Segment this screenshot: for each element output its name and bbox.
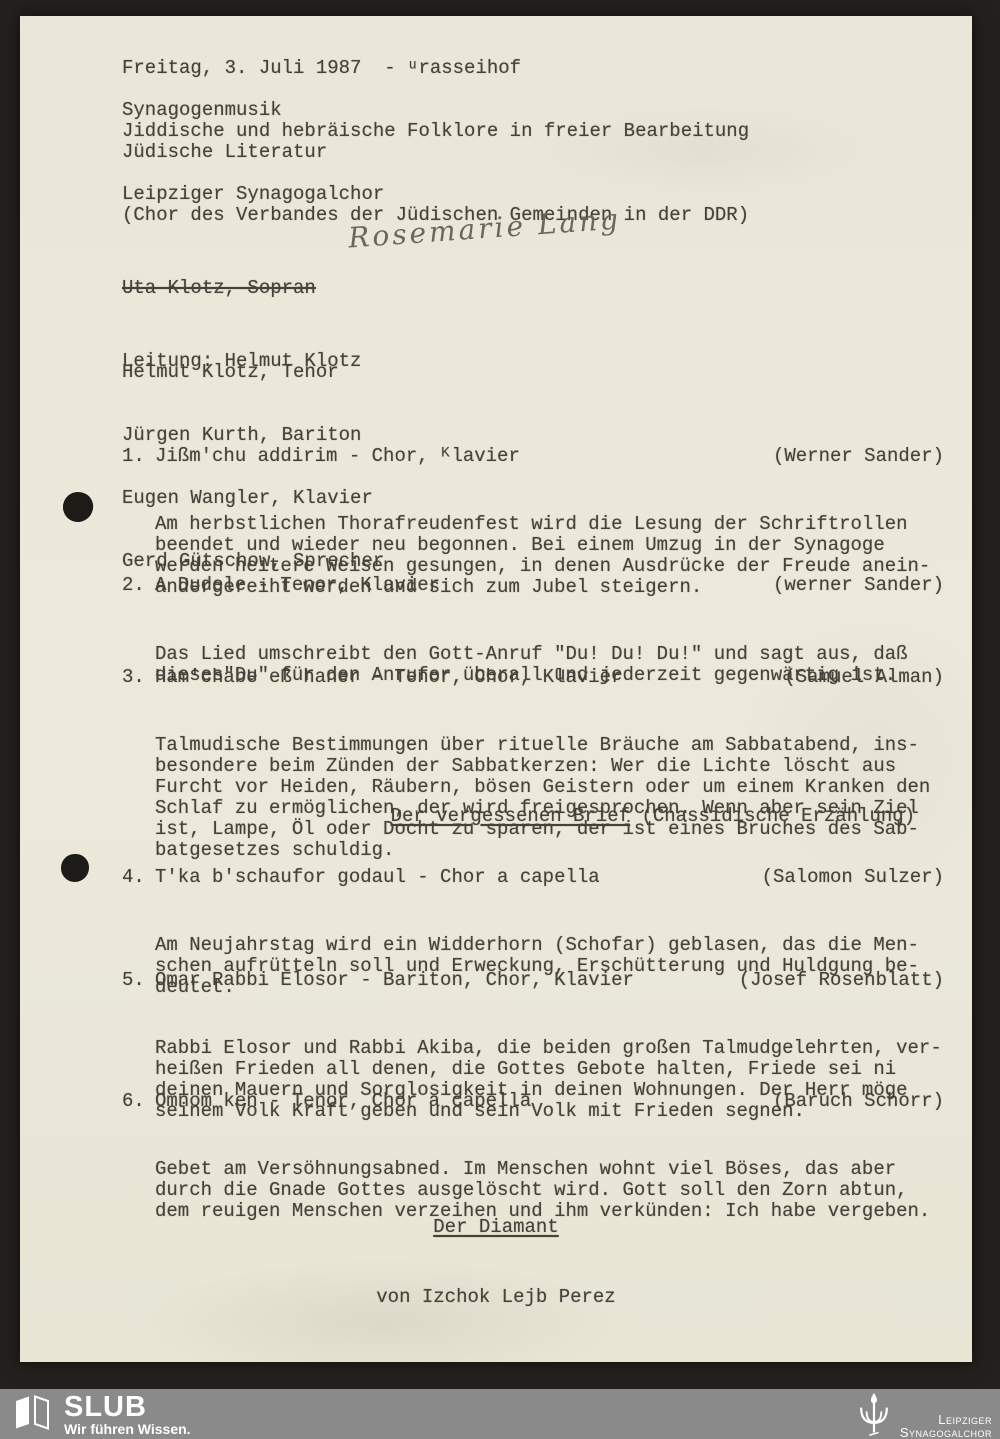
interlude-title: Der vergessenen Brief xyxy=(391,805,630,827)
slub-tagline: Wir führen Wissen. xyxy=(64,1421,191,1437)
performer-soprano-struck: Uta Klotz, Sopran xyxy=(122,277,316,299)
slub-logo[interactable]: SLUB Wir führen Wissen. xyxy=(12,1394,191,1439)
synagogalchor-logo[interactable]: Leipziger Synagogalchor xyxy=(853,1392,992,1439)
performer-soprano-line: Uta Klotz, Sopran xyxy=(122,278,944,299)
closing-author: von Izchok Lejb Perez xyxy=(20,1287,972,1308)
punch-hole xyxy=(60,489,96,525)
item-composer: (Salomon Sulzer) xyxy=(762,867,944,888)
item-number: 3. xyxy=(122,667,155,688)
punch-hole xyxy=(61,854,89,882)
item-number: 5. xyxy=(122,970,155,991)
item-composer: (Samuel Alman) xyxy=(784,667,944,688)
item-title: T'ka b'schaufor godaul - Chor a capella xyxy=(155,867,600,888)
menorah-icon xyxy=(853,1392,895,1439)
item-number: 2. xyxy=(122,575,155,596)
closing-title: Der Diamant xyxy=(433,1216,558,1238)
choir-logo-line2: Synagogalchor xyxy=(900,1426,992,1439)
item-composer: (werner Sander) xyxy=(773,575,944,596)
item-number: 1. xyxy=(122,446,155,467)
item-number: 6. xyxy=(122,1091,155,1112)
item-title: Ham'chabe eß haner - Tenor, Chor, Klavie… xyxy=(155,667,622,688)
item-composer: (Werner Sander) xyxy=(773,446,944,467)
scanned-document-page: Freitag, 3. Juli 1987 - ᵘrasseihof Synag… xyxy=(20,16,972,1362)
item-title: Omnom ken - Tenor, Chor a capella xyxy=(155,1091,531,1112)
program-header: Synagogenmusik Jiddische und hebräische … xyxy=(122,100,944,163)
item-title: A Dudele - Tenor, Klavier xyxy=(155,575,440,596)
interlude-subtitle: (Chassidische Erzählung) xyxy=(630,805,915,827)
date-venue-line: Freitag, 3. Juli 1987 - ᵘrasseihof xyxy=(122,58,944,79)
item-composer: (Josef Rosenblatt) xyxy=(739,970,944,991)
item-title: Jißm'chu addirim - Chor, ᴷlavier xyxy=(155,446,520,467)
item-composer: (Baruch Schorr) xyxy=(773,1091,944,1112)
viewer-footer-bar: SLUB Wir führen Wissen. Leipziger Synago… xyxy=(0,1389,1000,1439)
leitung-line: Leitung: Helmut Klotz xyxy=(122,351,944,372)
item-number: 4. xyxy=(122,867,155,888)
item-title: Omar Rabbi Elosor - Bariton, Chor, Klavi… xyxy=(155,970,634,991)
closing-block: Der Diamant von Izchok Lejb Perez xyxy=(20,1175,972,1350)
slub-wordmark: SLUB xyxy=(64,1394,191,1420)
slub-book-icon xyxy=(12,1394,52,1439)
